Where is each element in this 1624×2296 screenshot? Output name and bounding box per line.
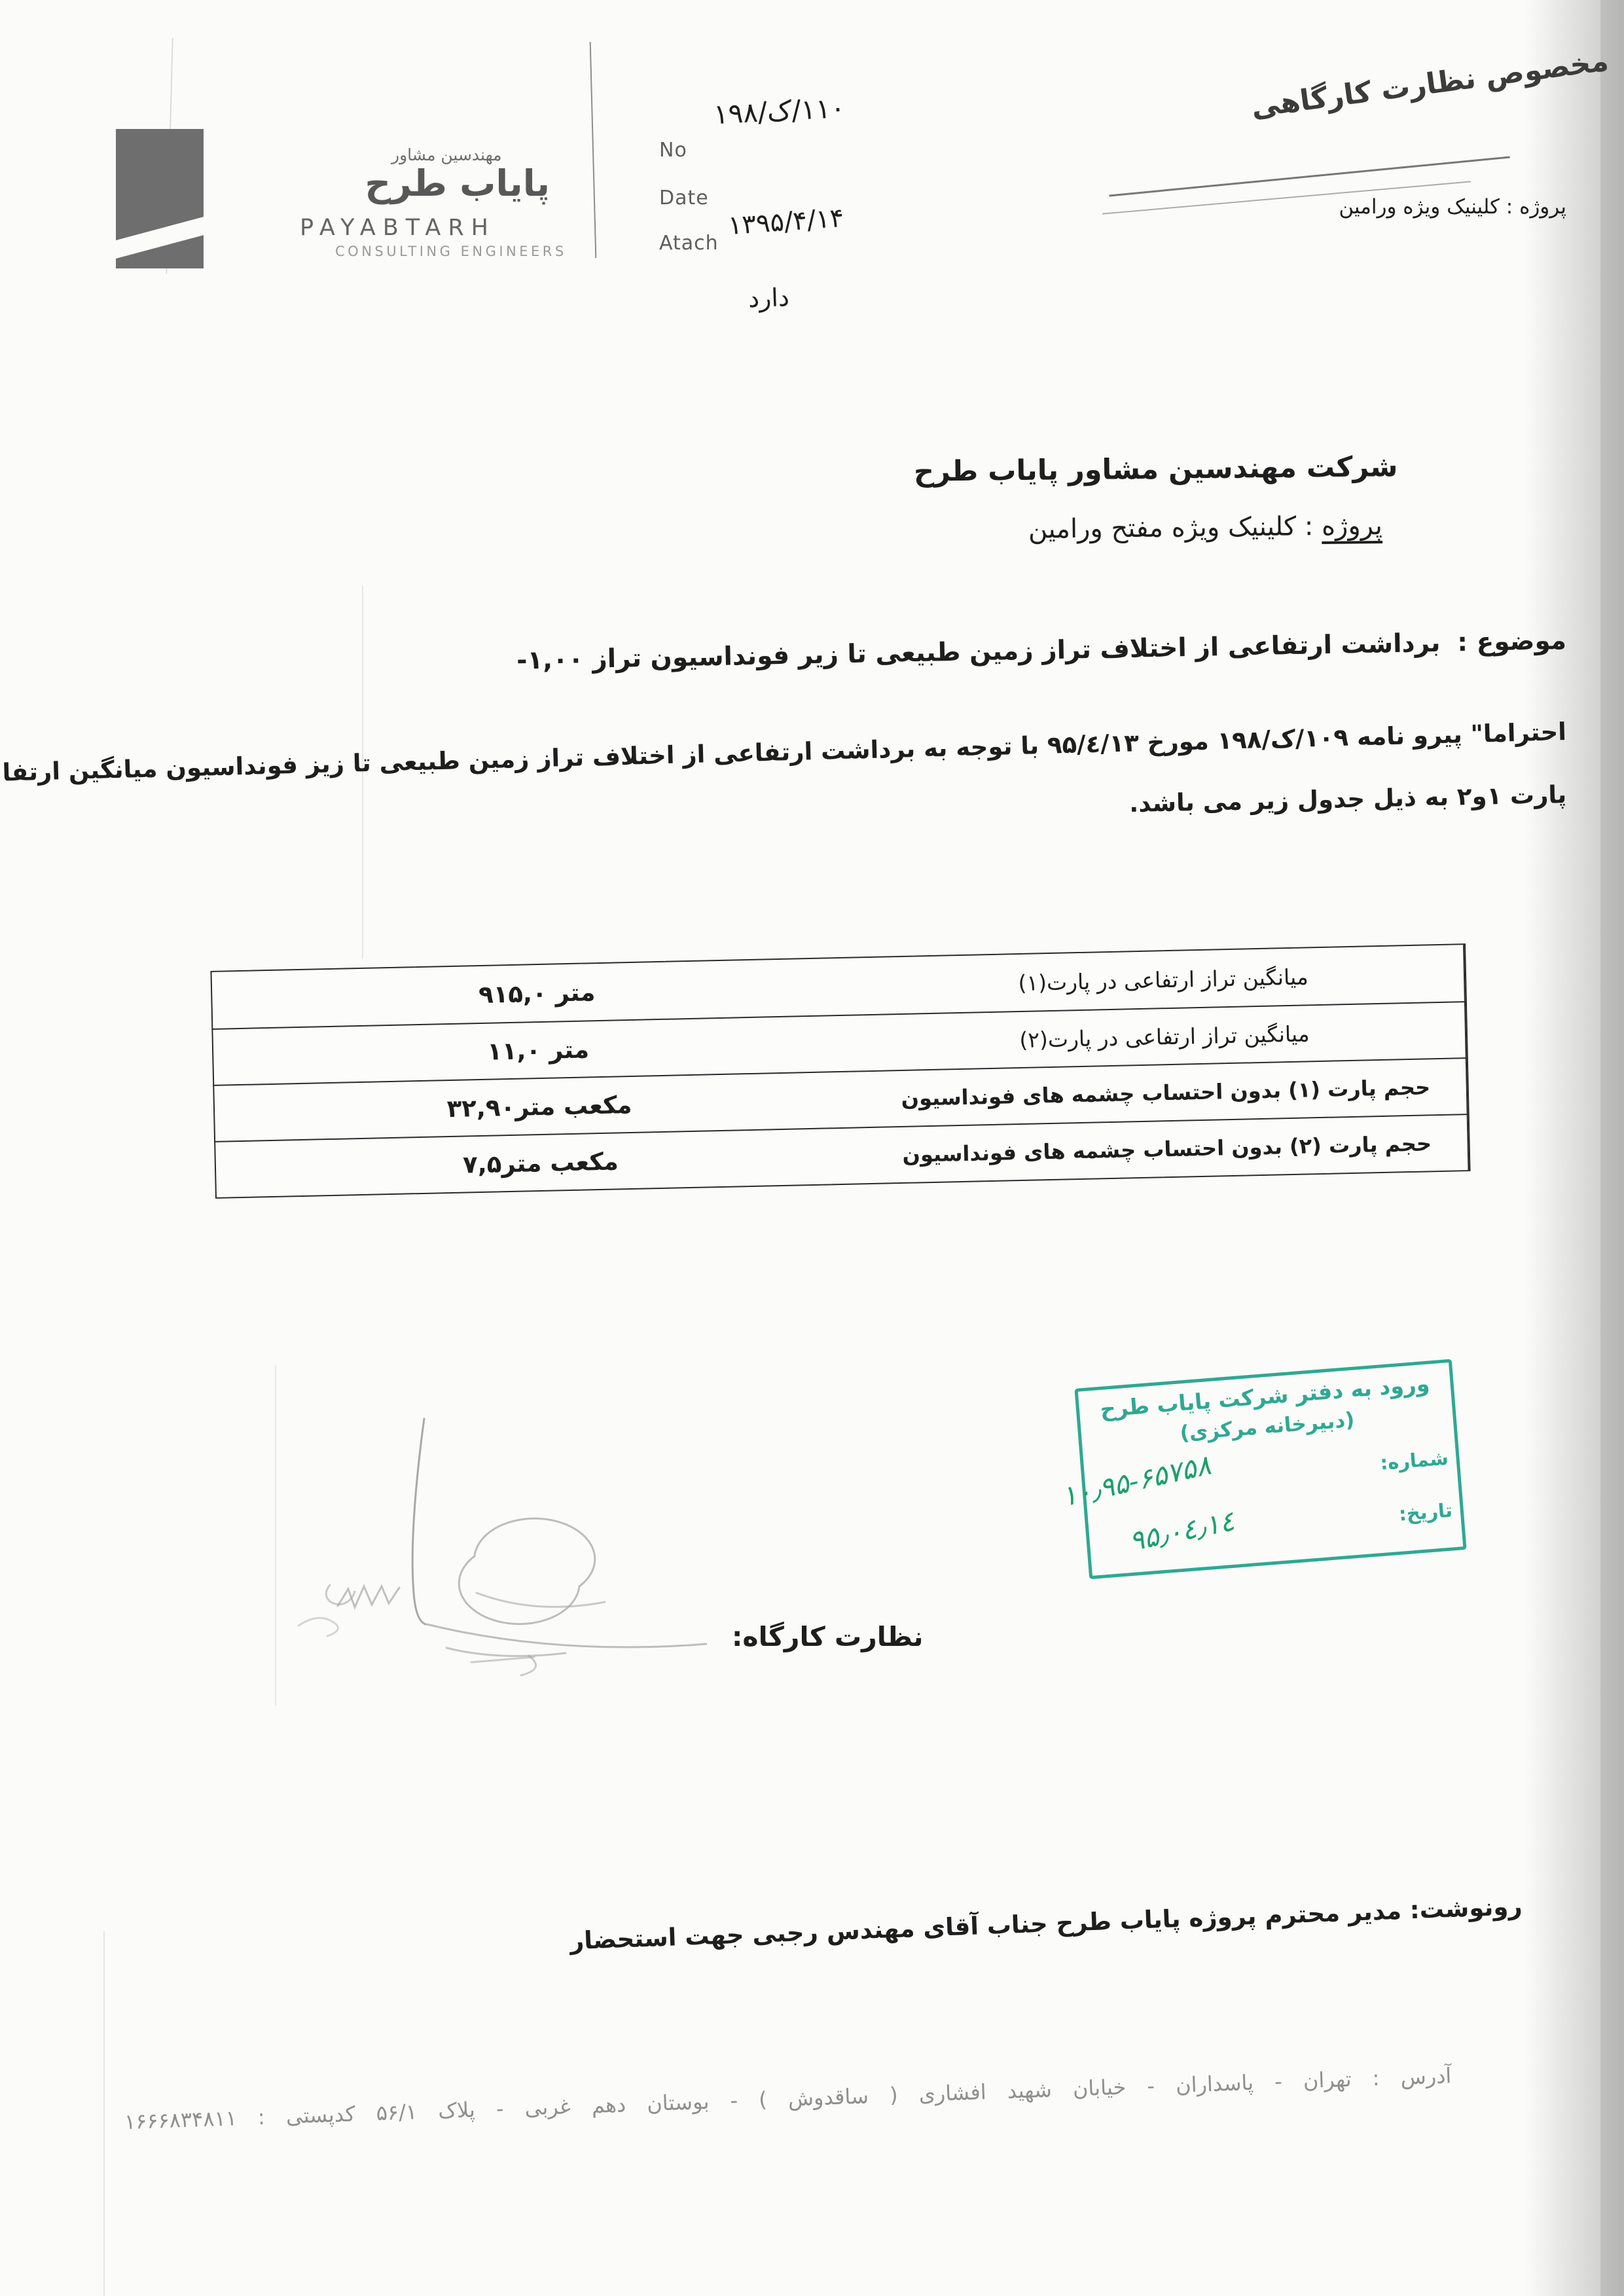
stamp-date-handwritten: ۹۵٫۰٤٫۱٤: [1127, 1504, 1237, 1557]
scan-edge-shadow-inner: [1600, 0, 1624, 2296]
addressee-project-line: پروژه : کلینیک ویژه مفتح ورامین: [1028, 511, 1382, 545]
date-field-label: Date: [659, 187, 709, 210]
subject-line: موضوع :برداشت ارتفاعی از اختلاف تراز زمی…: [516, 626, 1567, 676]
project-rest-text: : کلینیک ویژه مفتح ورامین: [1028, 511, 1322, 545]
subject-text: برداشت ارتفاعی از اختلاف تراز زمین طبیعی…: [516, 629, 1441, 676]
project-name-line: پروژه : کلینیک ویژه ورامین: [1339, 195, 1566, 219]
logo-slash-shape: [116, 210, 204, 261]
paper-crease: [103, 1931, 105, 2296]
stamp-number-label: شماره:: [1379, 1447, 1449, 1474]
handwritten-underline: [1109, 156, 1509, 197]
attachment-field-label: Atach: [659, 232, 719, 255]
stamp-date-label: تاریخ:: [1398, 1499, 1453, 1525]
project-word-underlined: پروژه: [1322, 511, 1382, 541]
body-line-2: پارت ۱و۲ به ذیل جدول زیر می باشد.: [1129, 780, 1567, 818]
letter-date-value: ۱۳۹۵/۴/۱۴: [727, 203, 845, 241]
body-line-1: احتراما" پیرو نامه ۱۰۹/ک/۱۹۸ مورخ ۹۵/٤/۱…: [0, 718, 1567, 790]
letterhead-divider: [590, 42, 597, 258]
letter-ref-number: ۱۱۰/ک/۱۹۸: [713, 92, 846, 130]
logo-fa-tagline: مهندسین مشاور: [391, 145, 549, 164]
office-entry-stamp: ورود به دفتر شرکت پایاب طرح (دبیرخانه مر…: [1074, 1359, 1466, 1579]
company-logo-icon: [116, 129, 204, 268]
cc-line: رونوشت: مدیر محترم پروژه پایاب طرح جناب …: [569, 1892, 1523, 1955]
logo-en-tagline: CONSULTING ENGINEERS: [335, 244, 567, 259]
logo-en-name: PAYABTARH: [300, 215, 496, 241]
attachment-value: دارد: [748, 283, 789, 313]
logo-fa-name: پایاب طرح: [367, 162, 550, 204]
stamp-number-handwritten: ۱۰٫۹۵-۶۵۷۵۸: [1058, 1449, 1214, 1513]
site-supervision-caption: نظارت کارگاه:: [732, 1621, 924, 1652]
elevation-table: میانگین تراز ارتفاعی در پارت(۱) ۹۱۵,۰ مت…: [210, 943, 1470, 1199]
scanned-letter-page: مهندسین مشاور پایاب طرح PAYABTARH CONSUL…: [0, 0, 1624, 2296]
footer-address-line: آدرس : تهران - پاسداران - خیابان شهید اف…: [124, 2063, 1452, 2134]
no-field-label: No: [659, 139, 687, 162]
addressee-company-line: شرکت مهندسین مشاور پایاب طرح: [913, 450, 1398, 488]
pencil-signature-scribble: [275, 1385, 707, 1679]
subject-label: موضوع :: [1457, 626, 1566, 657]
